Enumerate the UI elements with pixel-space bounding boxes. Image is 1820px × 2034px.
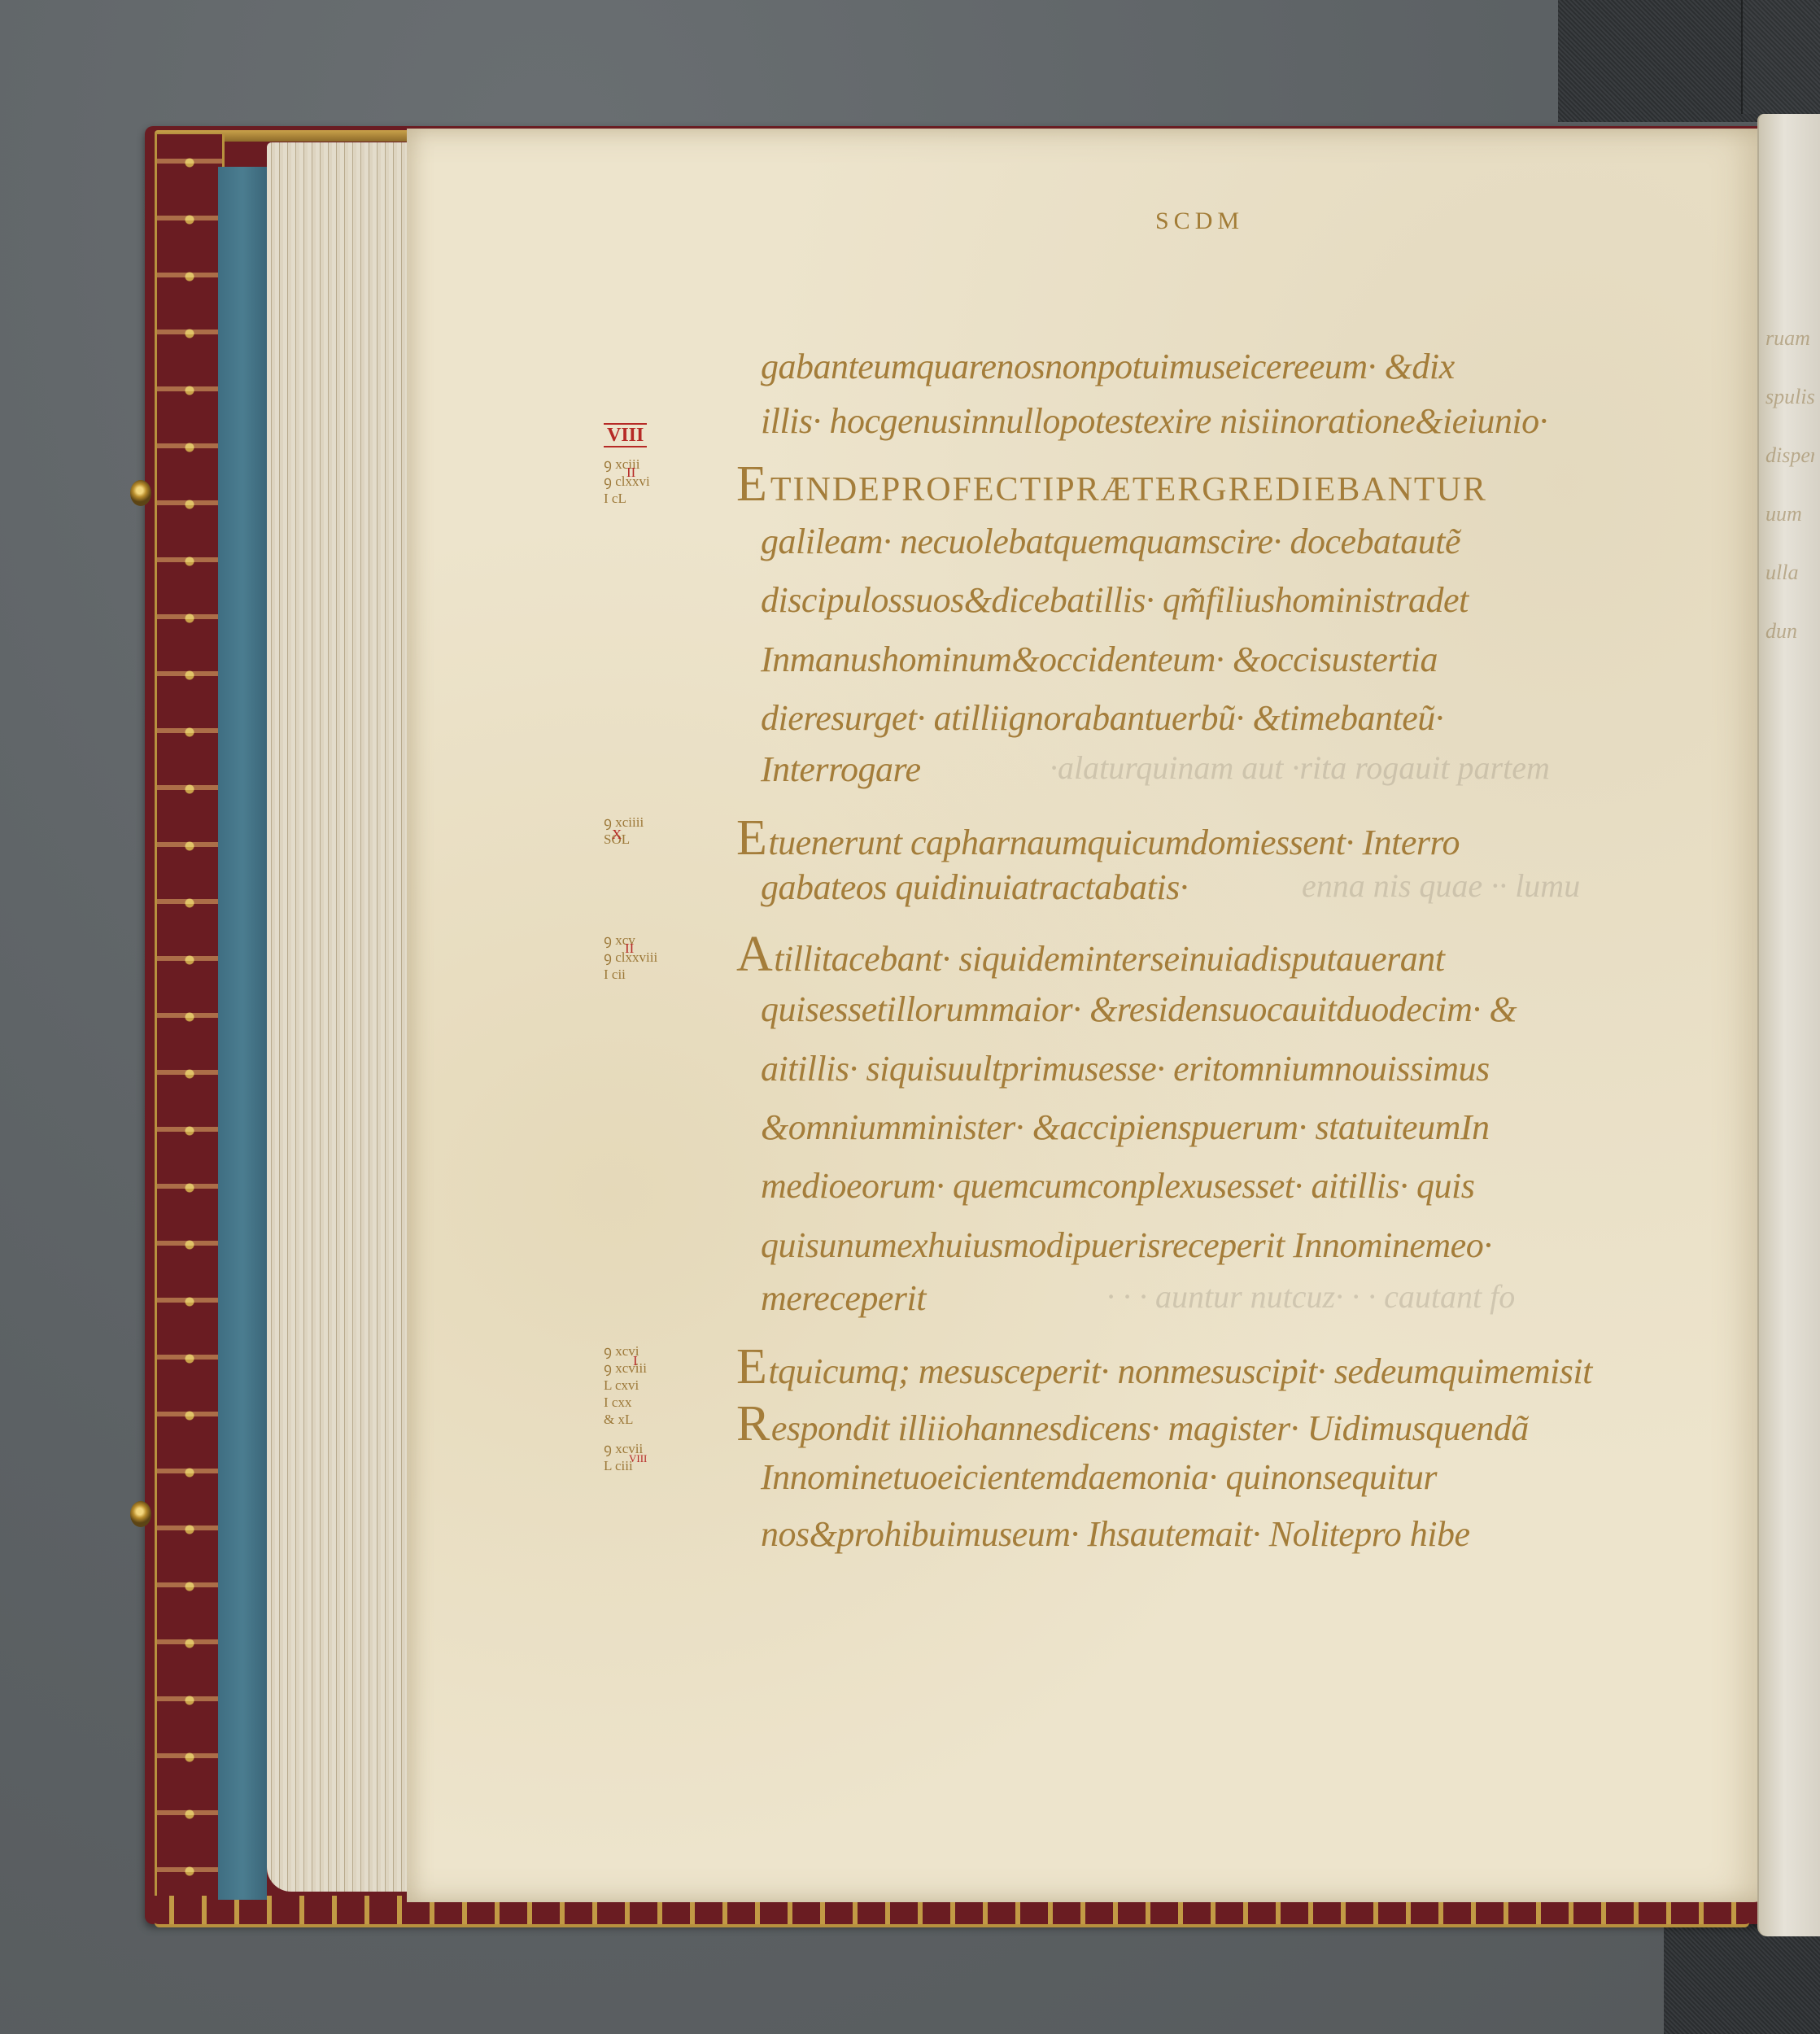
text-line: galileam· necuolebatquemquamscire· doceb… [761,521,1460,562]
text-line: Atillitacebant· siquideminterseinuiadisp… [736,926,1444,984]
text-line: quisessetillorummaior· &residensuocauitd… [761,989,1517,1030]
text-line: discipulossuos&dicebatillis· qm̃filiusho… [761,579,1469,621]
initial-letter: E [736,456,769,512]
text-line: dieresurget· atilliignorabantuerbũ· &tim… [761,697,1443,739]
text-line: Inmanushominum&occidenteum· &occisustert… [761,639,1438,680]
text-line: quisunumexhuiusmodipuerisreceperit Innom… [761,1224,1492,1266]
page-edges [267,142,409,1892]
initial-letter: A [736,927,772,982]
text-line: gabanteumquarenosnonpotuimuseicereeum· &… [761,346,1455,387]
text-line: &omniumminister· &accipienspuerum· statu… [761,1106,1490,1148]
text-line: aitillis· siquisuultprimusesse· eritomni… [761,1048,1490,1089]
text-line: Innominetuoeicientemdaemonia· quinonsequ… [761,1456,1437,1498]
margin-red-mark: II [626,464,635,481]
margin-red-mark: II [625,940,634,957]
text-line: gabateos quidinuiatractabatis· [761,866,1188,908]
show-through-text: · · · auntur nutcuz· · · cautant fo [1106,1277,1515,1316]
initial-letter: R [736,1396,770,1451]
gilt-tooled-border [155,134,225,1916]
clasp-pin-lower [130,1501,151,1527]
text-line: Respondit illiiohannesdicens· magister· … [736,1395,1529,1453]
show-through-text: enna nis quae ·· lumu [1302,866,1580,905]
support-foam-top-edge [1741,0,1820,114]
text-line: medioeorum· quemcumconplexusesset· aitil… [761,1165,1474,1207]
margin-red-mark: I [633,1352,638,1369]
margin-note-2: ꝯ xciiii SOL [604,814,644,848]
initial-letter: E [736,810,766,866]
text-line: nos&prohibuimuseum· Ihsautemait· Nolitep… [761,1513,1470,1555]
margin-note-4: ꝯ xcvi ꝯ xcviii L cxvi I cxx & xL [604,1342,647,1428]
text-line: mereceperit [761,1277,926,1319]
text-line: illis· hocgenusinnullopotestexire nisiin… [761,400,1547,442]
margin-red-mark: VIII [629,1450,647,1467]
initial-letter: E [736,1339,766,1395]
running-head: SCDM [1155,207,1244,235]
blue-pastedown [218,167,267,1900]
text-line: Etuenerunt capharnaumquicumdomiessent· I… [736,810,1460,867]
text-line: Interrogare [761,749,921,790]
margin-red-mark: X [612,826,622,843]
text-line-heading: ETINDEPROFECTIPRÆTERGREDIEBANTUR [736,456,1487,513]
text-line: Etquicumq; mesusceperit· nonmesuscipit· … [736,1338,1592,1396]
section-number: VIII [604,423,647,447]
show-through-text: ·alaturquinam aut ·rita rogauit partem [1050,749,1550,787]
clasp-pin-upper [130,480,151,506]
facing-page-fragments: ruam spulis dispenst uum ulla dun [1765,309,1814,661]
